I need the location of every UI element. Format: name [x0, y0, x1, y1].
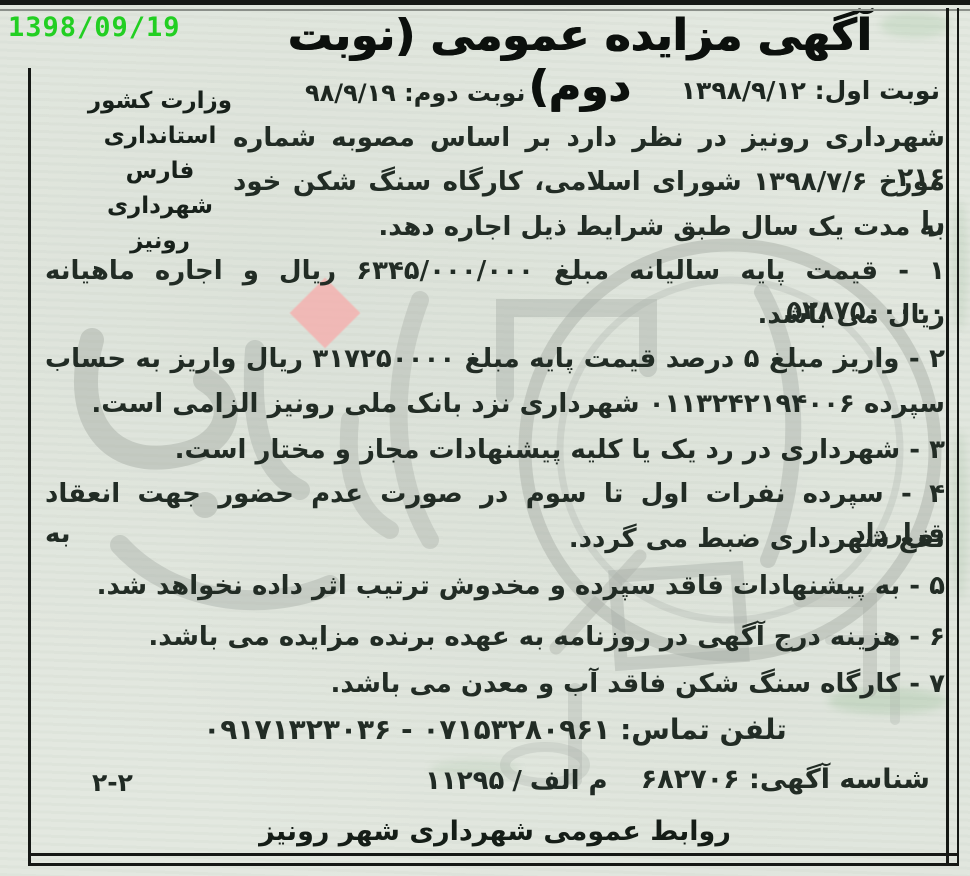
- right-border-outer: [957, 8, 959, 866]
- condition-6-line: ۶ - هزینه درج آگهی در روزنامه به عهده بر…: [45, 617, 945, 659]
- condition-1-line: ریال می باشد.: [45, 295, 945, 337]
- condition-2-line: سپرده ۰۱۱۳۲۴۲۱۹۴۰۰۶ شهرداری نزد بانک ملی…: [45, 384, 945, 426]
- issuer-block: وزارت کشور استانداری فارس شهرداری رونیز: [76, 84, 244, 259]
- bottom-border-inner: [28, 853, 959, 856]
- intro-line: شهرداری رونیز در نظر دارد بر اساس مصوبه …: [233, 118, 945, 160]
- m-alef-reference: ۱۱۲۹۵/م الف: [425, 766, 608, 796]
- issuer-municipality: شهرداری رونیز: [76, 189, 244, 259]
- intro-line: به مدت یک سال طبق شرایط ذیل اجاره دهد.: [233, 207, 945, 249]
- newspaper-auction-notice: 1398/09/19 آگهی مزایده عمومی (نوبت دوم) …: [0, 0, 970, 876]
- condition-4-line: نفع شهرداری ضبط می گردد.: [45, 519, 945, 561]
- condition-3-line: ۳ - شهرداری در رد یک یا کلیه پیشنهادات م…: [45, 430, 945, 472]
- top-border: [0, 0, 970, 5]
- left-border: [28, 68, 31, 866]
- intro-line: مورخ ۱۳۹۸/۷/۶ شورای اسلامی، کارگاه سنگ ش…: [233, 162, 945, 204]
- clipping-date-stamp: 1398/09/19: [8, 12, 181, 43]
- round-two-date: نوبت دوم: ۹۸/۹/۱۹: [305, 79, 525, 107]
- condition-1-line: ۱ - قیمت پایه سالیانه مبلغ ۶۳۴۵/۰۰۰/۰۰۰ …: [45, 251, 945, 293]
- m-alef-slash: /: [512, 766, 522, 796]
- showthrough-blob: [952, 200, 968, 330]
- ad-id: شناسه آگهی: ۶۸۲۷۰۶: [641, 760, 930, 802]
- page-mark: ۲-۲: [92, 768, 133, 797]
- m-alef-label: م الف: [530, 766, 608, 796]
- publisher-line: روابط عمومی شهرداری شهر رونیز: [45, 812, 945, 854]
- condition-2-line: ۲ - واریز مبلغ ۵ درصد قیمت پایه مبلغ ۳۱۷…: [45, 339, 945, 381]
- condition-5-line: ۵ - به پیشنهادات فاقد سپرده و مخدوش ترتی…: [45, 566, 945, 608]
- issuer-governorate: استانداری فارس: [76, 119, 244, 189]
- showthrough-blob: [952, 430, 968, 600]
- contact-phone-line: تلفن تماس: ۰۷۱۵۳۲۸۰۹۶۱ - ۰۹۱۷۱۳۲۳۰۳۶: [45, 710, 945, 752]
- bottom-border-outer: [28, 863, 959, 866]
- top-border-thin: [0, 9, 970, 11]
- right-border-inner: [946, 8, 949, 866]
- condition-4-line: ۴ - سپرده نفرات اول تا سوم در صورت عدم ح…: [45, 474, 945, 516]
- condition-7-line: ۷ - کارگاه سنگ شکن فاقد آب و معدن می باش…: [45, 664, 945, 706]
- issuer-ministry: وزارت کشور: [76, 84, 244, 119]
- m-alef-number: ۱۱۲۹۵: [425, 766, 504, 796]
- round-one-date: نوبت اول: ۱۳۹۸/۹/۱۲: [681, 76, 940, 105]
